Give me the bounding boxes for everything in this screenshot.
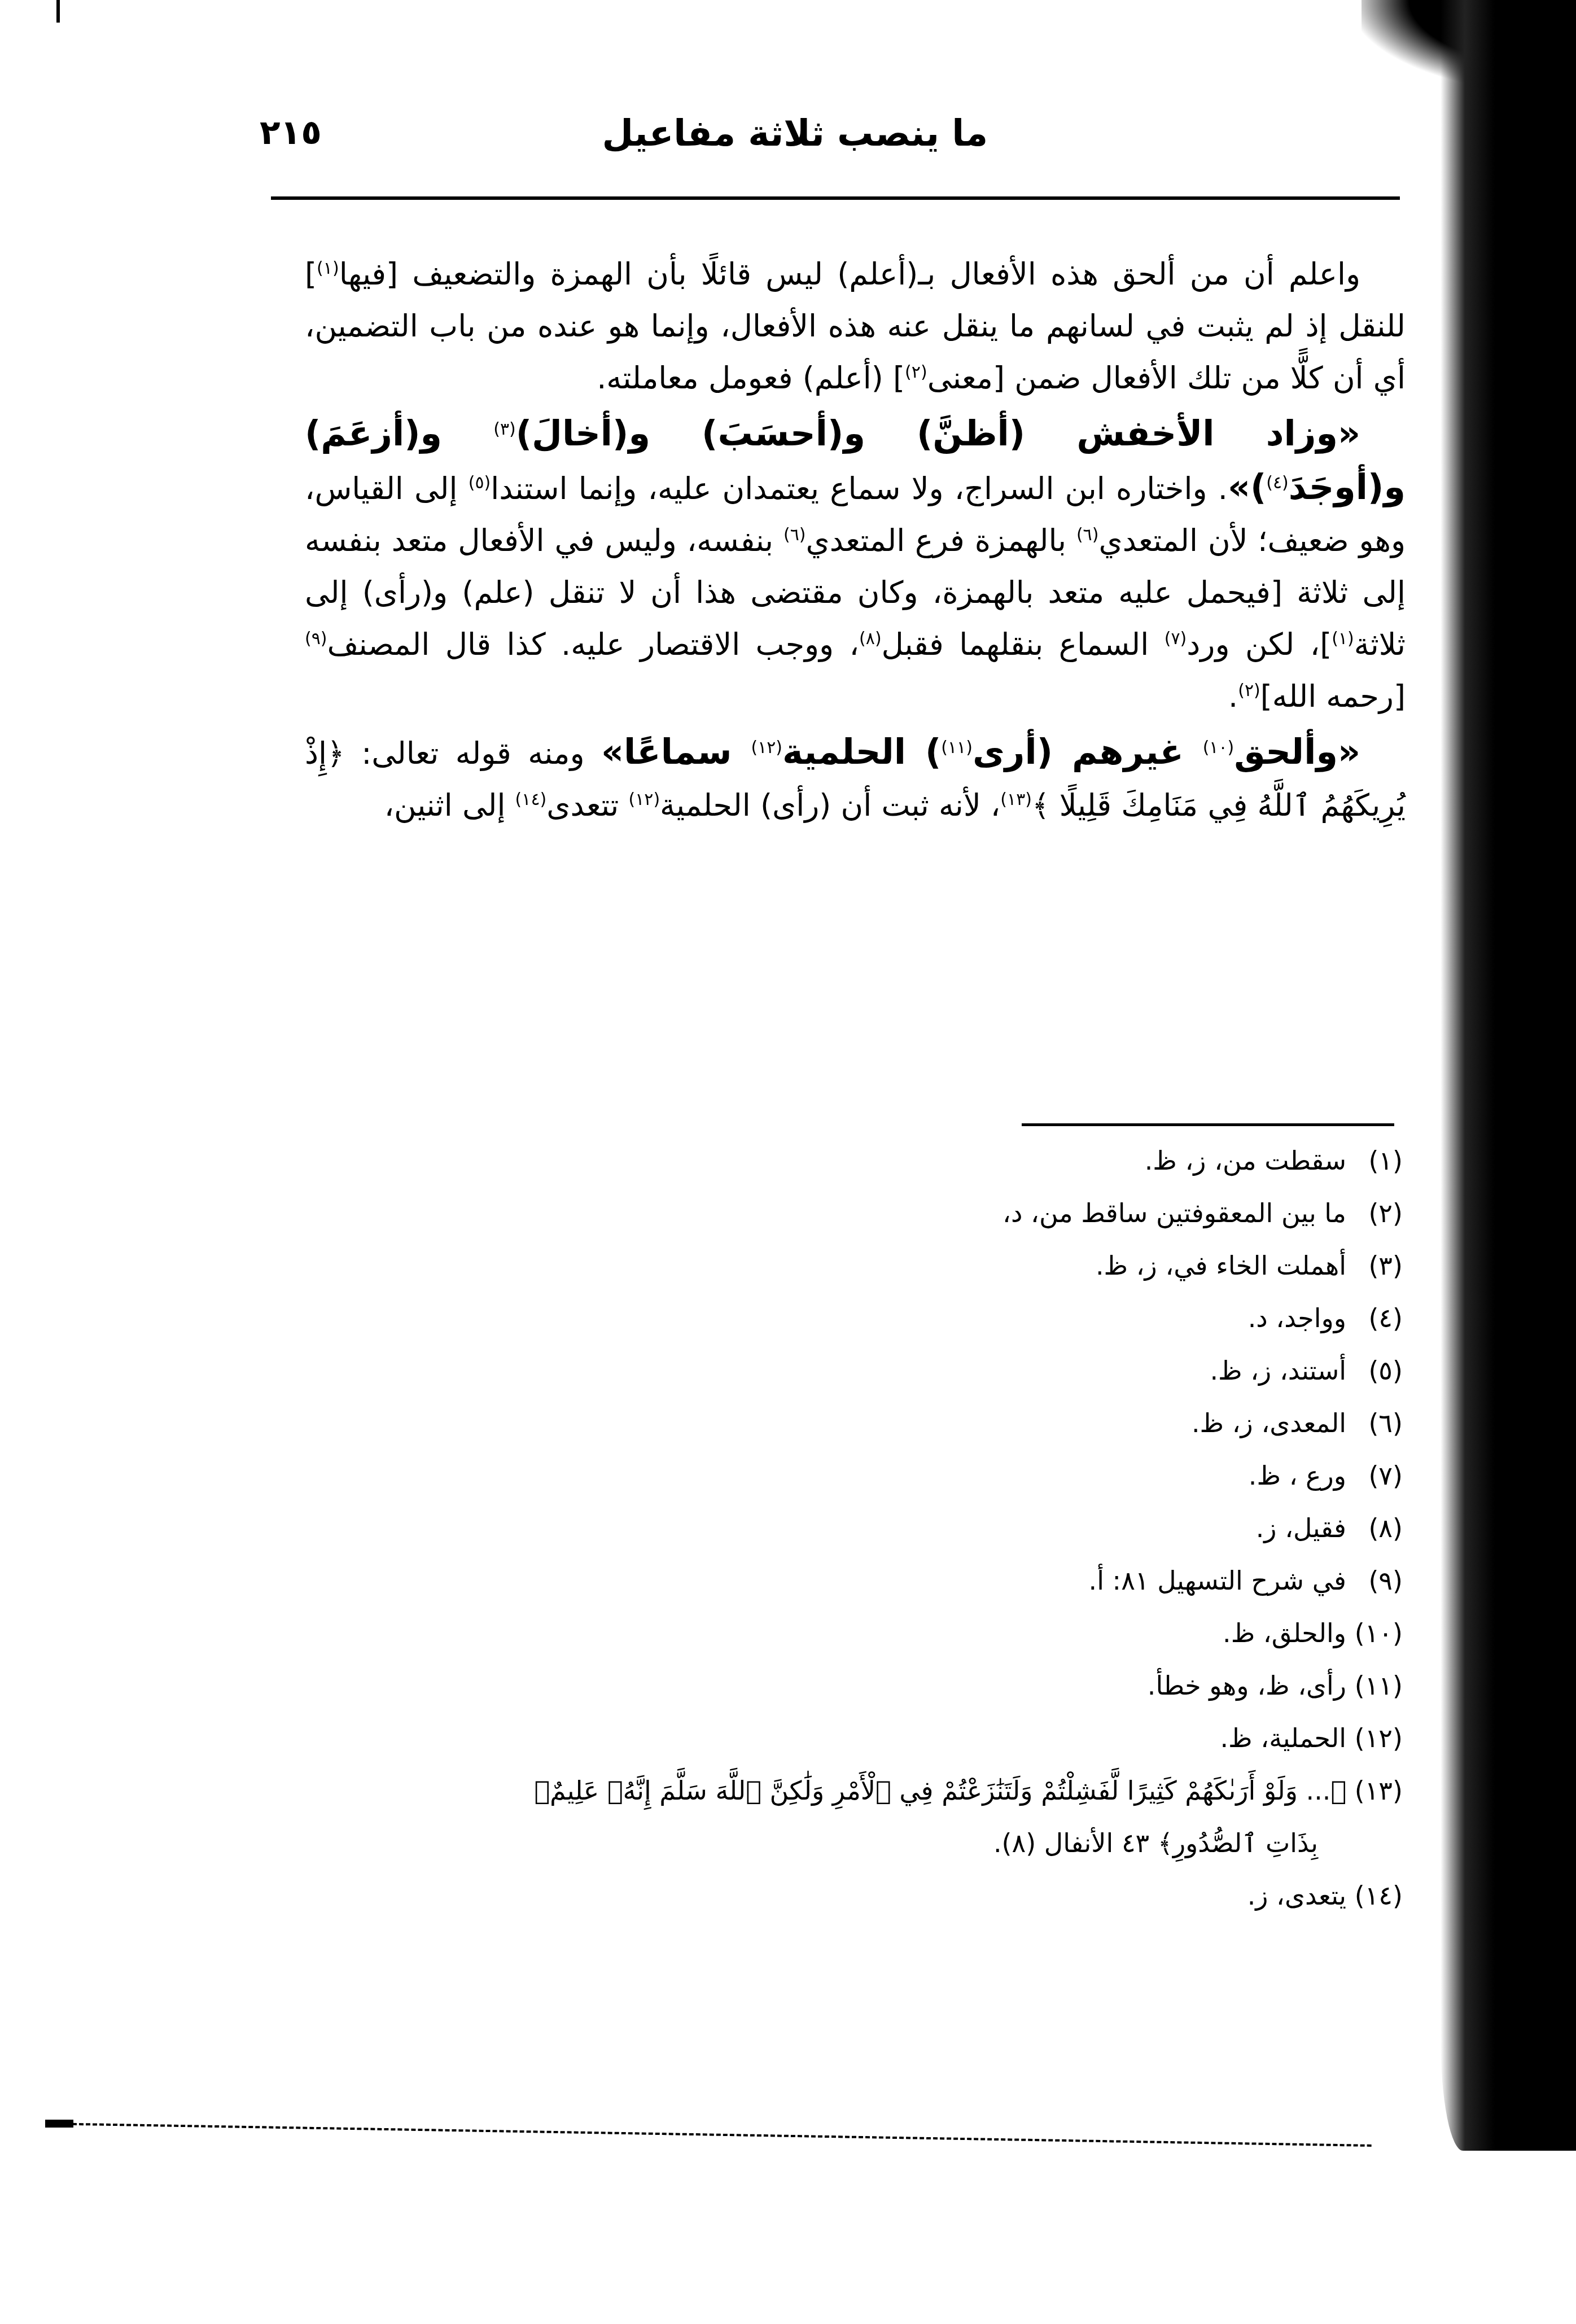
footnote-ref: (٢) (1238, 681, 1260, 701)
main-text: واعلم أن من ألحق هذه الأفعال بـ(أعلم) لي… (305, 248, 1406, 835)
footnote-text: والحلق، ظ. (1223, 1607, 1346, 1660)
footnote-text: رأى، ظ، وهو خطأ. (1148, 1660, 1346, 1712)
footnote-item: (٨)فقيل، ز. (316, 1502, 1403, 1555)
footnote-item: (٢)ما بين المعقوفتين ساقط من، د، (316, 1187, 1403, 1240)
paragraph: «وزاد الأخفش (أظنَّ) و(أحسَبَ) و(أخالَ)(… (305, 408, 1406, 723)
footnote-ref: (١٢) (751, 738, 782, 758)
scan-artifact (56, 0, 60, 23)
footnote-item: (٧)ورع ، ظ. (316, 1450, 1403, 1502)
quoted-matn-text: )» (1228, 466, 1266, 507)
footnote-text: الحملية، ظ. (1220, 1712, 1347, 1765)
footnote-item: (١٤)يتعدى، ز. (316, 1870, 1403, 1922)
scanned-book-page: ما ينصب ثلاثة مفاعيل ٢١٥ واعلم أن من ألح… (0, 0, 1576, 2324)
quoted-matn-text: «وزاد الأخفش (أظنَّ) و(أحسَبَ) و(أخالَ) (516, 413, 1360, 454)
footnote-item: (٤)وواجد، د. (316, 1292, 1403, 1345)
footnote-text: أهملت الخاء في، ز، ظ. (1096, 1240, 1346, 1292)
footnote-item: (١)سقطت من، ز، ظ. (316, 1135, 1403, 1187)
footnote-ref: (٧) (1165, 629, 1187, 649)
footnote-ref: (١٣) (1000, 790, 1032, 809)
commentary-text: ، لأنه ثبت أن (رأى) الحلمية (660, 787, 1000, 823)
page-number: ٢١٥ (260, 113, 322, 152)
footnote-number: (١٤) (1346, 1870, 1403, 1922)
quoted-matn-text: ) الحلمية (782, 731, 941, 772)
header-rule (271, 196, 1400, 200)
footnote-text: ورع ، ظ. (1249, 1450, 1346, 1502)
footnote-text: سقطت من، ز، ظ. (1145, 1135, 1346, 1187)
commentary-text: تتعدى (546, 787, 628, 823)
footnote-item: (١٢)الحملية، ظ. (316, 1712, 1403, 1765)
footnote-number: (٩) (1346, 1555, 1403, 1607)
commentary-text: ، ووجب الاقتصار عليه. كذا قال المصنف (327, 627, 859, 662)
footnote-text: يتعدى، ز. (1247, 1870, 1346, 1922)
footnote-item: (١٣)﴿... وَلَوْ أَرَىٰكَهُمْ كَثِيرًا لَ… (316, 1765, 1403, 1817)
footnote-number: (٧) (1346, 1450, 1403, 1502)
commentary-text: إلى اثنين، (384, 787, 515, 823)
scan-edge-line (45, 2122, 1372, 2147)
footnote-ref: (١٢) (628, 790, 660, 809)
footnote-number: (٤) (1346, 1292, 1403, 1345)
footnote-item: (١٠)والحلق، ظ. (316, 1607, 1403, 1660)
footnote-text: أستند، ز، ظ. (1210, 1345, 1346, 1397)
commentary-text: بالهمزة فرع المتعدي (806, 523, 1076, 558)
quoted-matn-text: غيرهم (أرى (973, 731, 1203, 772)
footnote-number: (١٣) (1346, 1765, 1403, 1817)
running-title: ما ينصب ثلاثة مفاعيل (602, 113, 988, 155)
quoted-matn-text: سماعًا» (601, 731, 751, 772)
commentary-text: ]، لكن ورد (1187, 627, 1332, 662)
footnote-ref: (٢) (905, 362, 927, 382)
footnote-ref: (٣) (493, 419, 516, 439)
footnote-ref: (١١) (941, 738, 973, 758)
footnote-number: (٣) (1346, 1240, 1403, 1292)
footnote-number: (٨) (1346, 1502, 1403, 1555)
footnote-ref: (٥) (469, 473, 491, 493)
commentary-text: واعلم أن من ألحق هذه الأفعال بـ(أعلم) لي… (339, 256, 1360, 292)
footnote-item: (٥)أستند، ز، ظ. (316, 1345, 1403, 1397)
footnote-rule (1022, 1123, 1394, 1126)
footnote-number: (١٢) (1346, 1712, 1403, 1765)
footnote-text: فقيل، ز. (1256, 1502, 1346, 1555)
footnote-ref: (٩) (305, 629, 327, 649)
footnote-text: ﴿... وَلَوْ أَرَىٰكَهُمْ كَثِيرًا لَّفَش… (535, 1765, 1347, 1817)
footnote-ref: (١) (1332, 629, 1354, 649)
footnote-continuation: بِذَاتِ ٱلصُّدُورِ﴾ ٤٣ الأنفال (٨). (316, 1817, 1403, 1870)
footnote-number: (١١) (1346, 1660, 1403, 1712)
footnote-number: (١٠) (1346, 1607, 1403, 1660)
paragraph: «وألحق(١٠) غيرهم (أرى(١١)) الحلمية(١٢) س… (305, 726, 1406, 831)
footnote-item: (١١)رأى، ظ، وهو خطأ. (316, 1660, 1403, 1712)
footnote-number: (١) (1346, 1135, 1403, 1187)
footnote-ref: (١) (317, 259, 339, 278)
footnote-ref: (٨) (859, 629, 882, 649)
footnote-ref: (٤) (1266, 473, 1289, 493)
footnote-item: (٣)أهملت الخاء في، ز، ظ. (316, 1240, 1403, 1292)
commentary-text: . واختاره ابن السراج، ولا سماع يعتمدان ع… (491, 471, 1228, 506)
commentary-text: . (1228, 679, 1238, 714)
footnote-ref: (١٠) (1203, 738, 1234, 758)
page-header: ما ينصب ثلاثة مفاعيل ٢١٥ (260, 102, 1417, 169)
footnote-text: في شرح التسهيل ٨١: أ. (1089, 1555, 1346, 1607)
paragraph: واعلم أن من ألحق هذه الأفعال بـ(أعلم) لي… (305, 248, 1406, 404)
footnote-item: (٦)المعدى، ز، ظ. (316, 1397, 1403, 1450)
footnote-ref: (١٤) (515, 790, 547, 809)
commentary-text: ] (أعلم) فعومل معاملته. (597, 360, 905, 396)
footnote-ref: (٦) (1076, 525, 1099, 545)
commentary-text: السماع بنقلهما فقبل (882, 627, 1165, 662)
footnote-text: ما بين المعقوفتين ساقط من، د، (1002, 1187, 1346, 1240)
footnote-item: (٩)في شرح التسهيل ٨١: أ. (316, 1555, 1403, 1607)
binding-shadow (1441, 0, 1576, 2151)
footnote-number: (٦) (1346, 1397, 1403, 1450)
footnotes: (١)سقطت من، ز، ظ.(٢)ما بين المعقوفتين سا… (316, 1135, 1403, 1922)
footnote-number: (٢) (1346, 1187, 1403, 1240)
footnote-ref: (٦) (783, 525, 806, 545)
quoted-matn-text: «وألحق (1234, 731, 1360, 772)
footnote-number: (٥) (1346, 1345, 1403, 1397)
footnote-text: وواجد، د. (1248, 1292, 1346, 1345)
footnote-text: المعدى، ز، ظ. (1192, 1397, 1346, 1450)
commentary-text: [رحمه الله] (1260, 679, 1406, 714)
